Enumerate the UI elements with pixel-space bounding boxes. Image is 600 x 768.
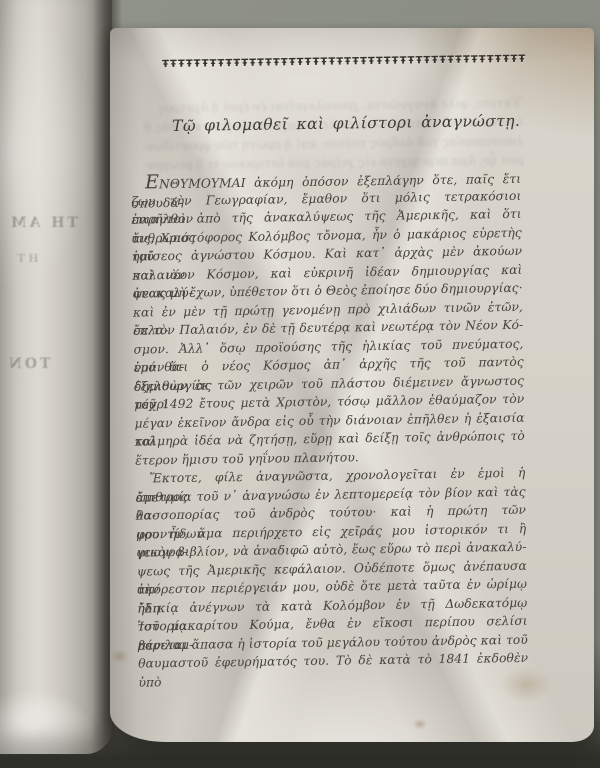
showthrough-text-block: Ἔκτοτε, φίλε ἀναγνῶστα, χρονολογεῖται ἐν… — [143, 94, 524, 176]
page-content: Ἔκτοτε, φίλε ἀναγνῶστα, χρονολογεῖται ἐν… — [106, 25, 600, 746]
book-page: Ἔκτοτε, φίλε ἀναγνῶστα, χρονολογεῖται ἐν… — [110, 28, 594, 742]
book-photo: ΤΗ ΑΜ ΗΤ ΤΟΝ Ἔκτοτε, φίλε ἀναγνῶστα, χρο… — [0, 0, 600, 768]
page-body: ΕΝΘΥΜΟΥΜΑΙ ἀκόμη ὁπόσον ἐξεπλάγην ὅτε, π… — [131, 168, 528, 673]
showthrough-fragment: ΤΟΝ — [6, 356, 50, 372]
paragraph: Ἔκτοτε, φίλε ἀναγνῶστα, χρονολογεῖται ἐν… — [135, 464, 528, 673]
showthrough-fragment: ΤΗ ΑΜ — [8, 215, 78, 231]
showthrough-fragment: ΗΤ — [14, 252, 39, 265]
ornament-band fleuron-row-icon: ŦŦŦŦŦŦŦŦŦŦŦŦŦŦŦŦŦŦŦŦŦŦŦŦŦŦŦŦŦŦŦŦŦŦŦŦŦŦŦŦ… — [112, 53, 576, 71]
paragraph: ΕΝΘΥΜΟΥΜΑΙ ἀκόμη ὁπόσον ἐξεπλάγην ὅτε, π… — [131, 168, 525, 470]
